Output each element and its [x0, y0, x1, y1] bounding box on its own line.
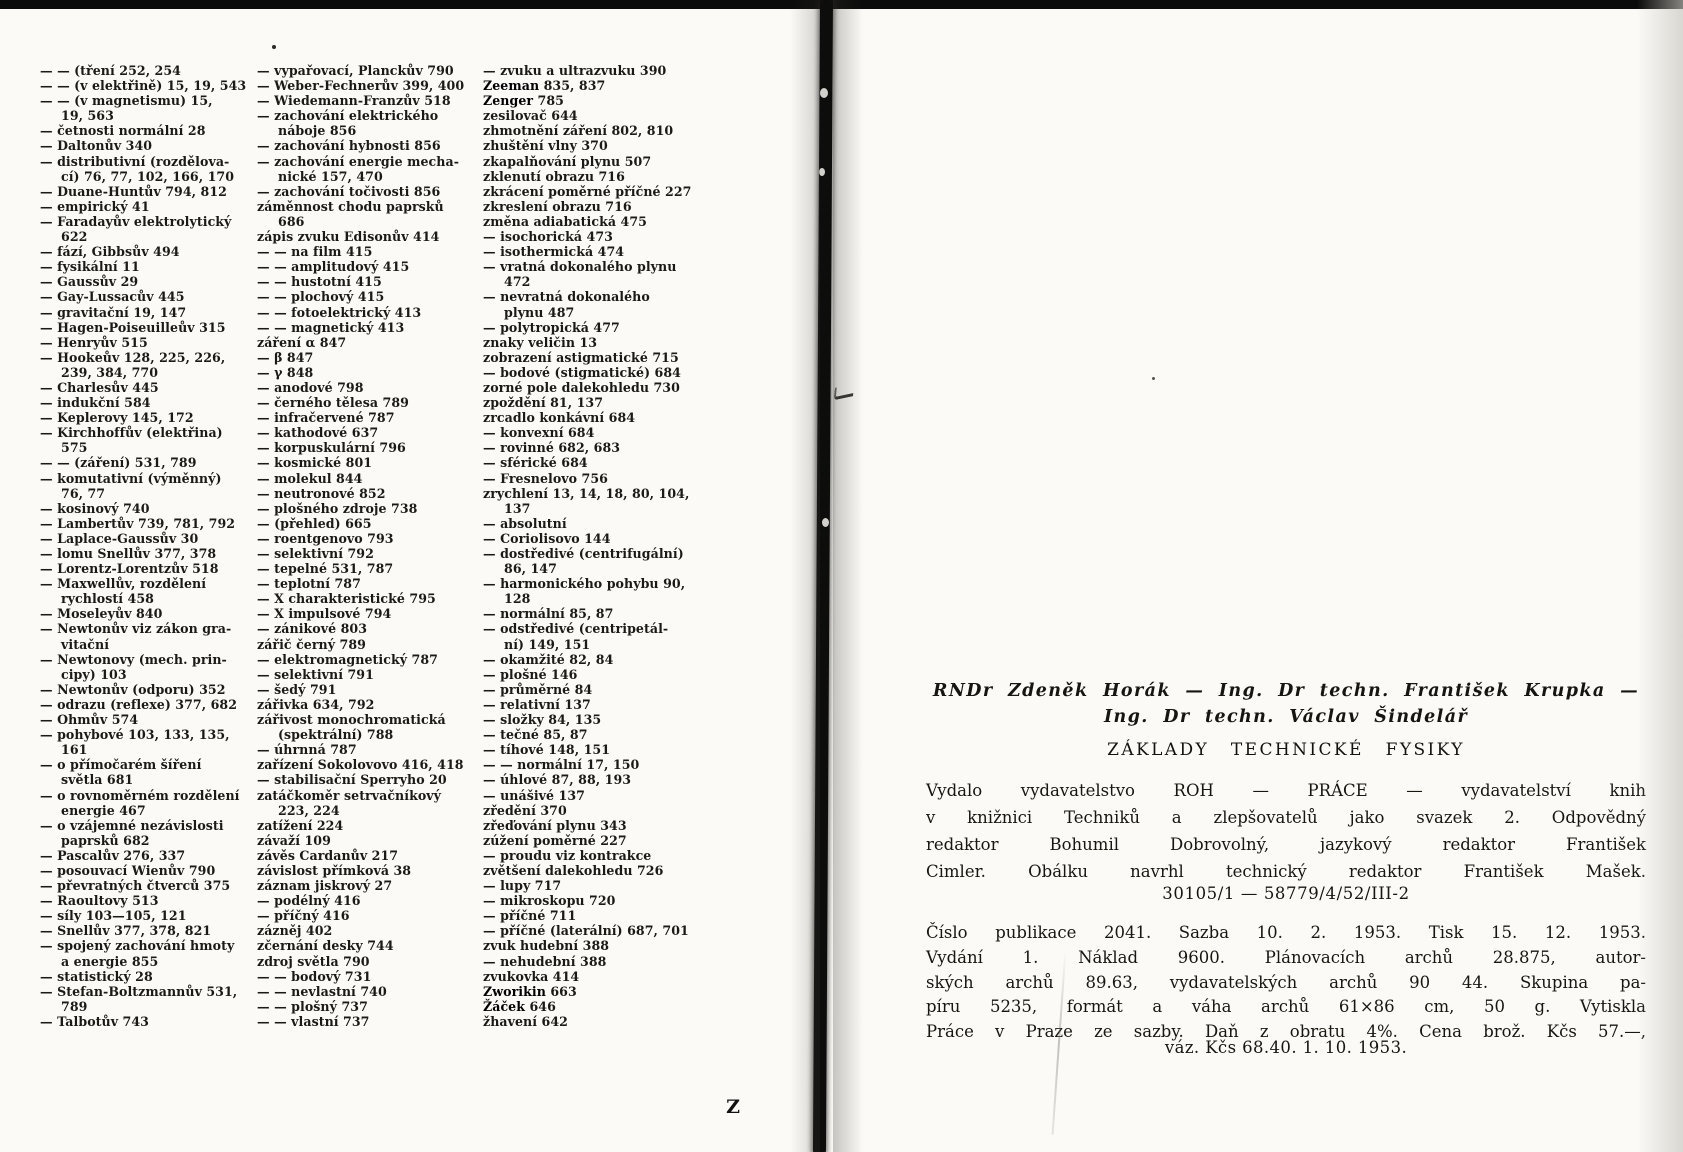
- text-line: — — plochový 415: [257, 289, 481, 304]
- text-line: a energie 855: [40, 954, 254, 969]
- text-line: zvuk hudební 388: [483, 938, 711, 953]
- text-line: — — vlastní 737: [257, 1014, 481, 1029]
- price-line: váz. Kčs 68.40. 1. 10. 1953.: [926, 1038, 1646, 1057]
- text-line: Vydání 1. Náklad 9600. Plánovacích archů…: [926, 946, 1646, 971]
- index-column-1: — — (tření 252, 254— — (v elektřině) 15,…: [40, 63, 254, 1029]
- text-line: — průměrné 84: [483, 682, 711, 697]
- text-line: paprsků 682: [40, 833, 254, 848]
- text-line: — šedý 791: [257, 682, 481, 697]
- text-line: — X charakteristické 795: [257, 591, 481, 606]
- text-line: zčernání desky 744: [257, 938, 481, 953]
- text-line: — indukční 584: [40, 395, 254, 410]
- text-line: Žáček 646: [483, 999, 711, 1014]
- text-line: cipy) 103: [40, 667, 254, 682]
- text-line: — X impulsové 794: [257, 606, 481, 621]
- text-line: — Gaussův 29: [40, 274, 254, 289]
- text-line: — odrazu (reflexe) 377, 682: [40, 697, 254, 712]
- text-line: v knižnici Techniků a zlepšovatelů jako …: [926, 804, 1646, 831]
- text-line: — Coriolisovo 144: [483, 531, 711, 546]
- text-line: zhmotnění záření 802, 810: [483, 123, 711, 138]
- text-line: — zánikové 803: [257, 621, 481, 636]
- text-line: — Lambertův 739, 781, 792: [40, 516, 254, 531]
- text-line: — stabilisační Sperryho 20: [257, 772, 481, 787]
- text-line: světla 681: [40, 772, 254, 787]
- text-line: — Pascalův 276, 337: [40, 848, 254, 863]
- text-line: — Keplerovy 145, 172: [40, 410, 254, 425]
- text-line: — empirický 41: [40, 199, 254, 214]
- text-line: — — magnetický 413: [257, 320, 481, 335]
- text-line: — — nevlastní 740: [257, 984, 481, 999]
- text-line: — anodové 798: [257, 380, 481, 395]
- bold-entry-term: Zeeman: [483, 78, 539, 93]
- text-line: — Lorentz-Lorentzův 518: [40, 561, 254, 576]
- text-line: — — fotoelektrický 413: [257, 305, 481, 320]
- text-line: — unášivé 137: [483, 788, 711, 803]
- text-line: — normální 85, 87: [483, 606, 711, 621]
- text-line: znaky veličin 13: [483, 335, 711, 350]
- text-line: — korpuskulární 796: [257, 440, 481, 455]
- text-line: zářič černý 789: [257, 637, 481, 652]
- text-line: — — amplitudový 415: [257, 259, 481, 274]
- text-line: Zeeman 835, 837: [483, 78, 711, 93]
- text-line: 223, 224: [257, 803, 481, 818]
- text-line: — síly 103—105, 121: [40, 908, 254, 923]
- text-line: — isothermická 474: [483, 244, 711, 259]
- text-line: — konvexní 684: [483, 425, 711, 440]
- text-line: 686: [257, 214, 481, 229]
- text-line: zatáčkoměr setrvačníkový: [257, 788, 481, 803]
- text-line: nické 157, 470: [257, 169, 481, 184]
- colophon-paragraph: Číslo publikace 2041. Sazba 10. 2. 1953.…: [926, 921, 1646, 1045]
- text-line: — isochorická 473: [483, 229, 711, 244]
- text-line: — četnosti normální 28: [40, 123, 254, 138]
- text-line: zpoždění 81, 137: [483, 395, 711, 410]
- text-line: — sférické 684: [483, 455, 711, 470]
- text-line: — Wiedemann-Franzův 518: [257, 93, 481, 108]
- gutter-soft-shadow-left: [790, 0, 820, 1152]
- text-line: zápis zvuku Edisonův 414: [257, 229, 481, 244]
- text-line: — harmonického pohybu 90,: [483, 576, 711, 591]
- text-line: — příčné 711: [483, 908, 711, 923]
- text-line: redaktor Bohumil Dobrovolný, jazykový re…: [926, 831, 1646, 858]
- text-line: — distributivní (rozdělova-: [40, 154, 254, 169]
- index-column-2: — vypařovací, Planckův 790— Weber-Fechne…: [257, 63, 481, 1029]
- text-line: — zachování elektrického: [257, 108, 481, 123]
- text-line: zúžení poměrné 227: [483, 833, 711, 848]
- text-line: — statistický 28: [40, 969, 254, 984]
- text-line: náboje 856: [257, 123, 481, 138]
- text-line: — okamžité 82, 84: [483, 652, 711, 667]
- author-line-1: RNDr Zdeněk Horák — Ing. Dr techn. Frant…: [926, 681, 1646, 701]
- text-line: (spektrální) 788: [257, 727, 481, 742]
- text-line: — Stefan-Boltzmannův 531,: [40, 984, 254, 999]
- text-line: — — (v elektřině) 15, 19, 543: [40, 78, 254, 93]
- text-line: — polytropická 477: [483, 320, 711, 335]
- text-line: píru 5235, formát a váha archů 61×86 cm,…: [926, 995, 1646, 1020]
- text-line: zatížení 224: [257, 818, 481, 833]
- text-line: — selektivní 791: [257, 667, 481, 682]
- text-line: — plošného zdroje 738: [257, 501, 481, 516]
- catalog-number: 30105/1 — 58779/4/52/III-2: [926, 884, 1646, 903]
- text-line: — pohybové 103, 133, 135,: [40, 727, 254, 742]
- text-line: — nevratná dokonalého: [483, 289, 711, 304]
- text-line: — bodové (stigmatické) 684: [483, 365, 711, 380]
- text-line: Číslo publikace 2041. Sazba 10. 2. 1953.…: [926, 921, 1646, 946]
- text-line: — zvuku a ultrazvuku 390: [483, 63, 711, 78]
- text-line: 622: [40, 229, 254, 244]
- text-line: 472: [483, 274, 711, 289]
- gutter-highlight: [820, 88, 828, 98]
- text-line: Zworikin 663: [483, 984, 711, 999]
- text-line: — Newtonův (odporu) 352: [40, 682, 254, 697]
- text-line: zobrazení astigmatické 715: [483, 350, 711, 365]
- book-scan: { "colors": {"paper": "#fbfaf6", "ink": …: [0, 0, 1683, 1152]
- text-line: — podélný 416: [257, 893, 481, 908]
- text-line: — — na film 415: [257, 244, 481, 259]
- text-line: — Faradayův elektrolytický: [40, 214, 254, 229]
- text-line: — kathodové 637: [257, 425, 481, 440]
- text-line: Vydalo vydavatelstvo ROH — PRÁCE — vydav…: [926, 777, 1646, 804]
- text-line: zvětšení dalekohledu 726: [483, 863, 711, 878]
- text-line: — Gay-Lussacův 445: [40, 289, 254, 304]
- text-line: — Fresnelovo 756: [483, 471, 711, 486]
- text-line: — plošné 146: [483, 667, 711, 682]
- text-line: — Maxwellův, rozdělení: [40, 576, 254, 591]
- text-line: rychlostí 458: [40, 591, 254, 606]
- text-line: závaží 109: [257, 833, 481, 848]
- text-line: 575: [40, 440, 254, 455]
- index-column-3: — zvuku a ultrazvuku 390Zeeman 835, 837Z…: [483, 63, 711, 1029]
- section-letter-marker: Z: [718, 1096, 748, 1118]
- text-line: vitační: [40, 637, 254, 652]
- text-line: 239, 384, 770: [40, 365, 254, 380]
- text-line: — neutronové 852: [257, 486, 481, 501]
- text-line: — — bodový 731: [257, 969, 481, 984]
- text-line: — spojený zachování hmoty: [40, 938, 254, 953]
- text-line: — Newtonův viz zákon gra-: [40, 621, 254, 636]
- text-line: — β 847: [257, 350, 481, 365]
- text-line: — tíhové 148, 151: [483, 742, 711, 757]
- text-line: — teplotní 787: [257, 576, 481, 591]
- text-line: — — (v magnetismu) 15,: [40, 93, 254, 108]
- text-line: — příčné (laterální) 687, 701: [483, 923, 711, 938]
- text-line: — tečné 85, 87: [483, 727, 711, 742]
- text-line: ní) 149, 151: [483, 637, 711, 652]
- text-line: 161: [40, 742, 254, 757]
- gutter-highlight: [822, 518, 829, 527]
- text-line: zkreslení obrazu 716: [483, 199, 711, 214]
- text-line: — (přehled) 665: [257, 516, 481, 531]
- text-line: zřeďování plynu 343: [483, 818, 711, 833]
- text-line: zařízení Sokolovovo 416, 418: [257, 757, 481, 772]
- scanned-spread: — — (tření 252, 254— — (v elektřině) 15,…: [0, 0, 1683, 1152]
- text-line: — vratná dokonalého plynu: [483, 259, 711, 274]
- text-line: zrcadlo konkávní 684: [483, 410, 711, 425]
- imprint-paragraph: Vydalo vydavatelstvo ROH — PRÁCE — vydav…: [926, 777, 1646, 885]
- text-line: 19, 563: [40, 108, 254, 123]
- text-line: Zenger 785: [483, 93, 711, 108]
- text-line: — Raoultovy 513: [40, 893, 254, 908]
- text-line: — mikroskopu 720: [483, 893, 711, 908]
- text-line: — molekul 844: [257, 471, 481, 486]
- text-line: — nehudební 388: [483, 954, 711, 969]
- text-line: — vypařovací, Planckův 790: [257, 63, 481, 78]
- text-line: — Ohmův 574: [40, 712, 254, 727]
- text-line: 76, 77: [40, 486, 254, 501]
- text-line: změna adiabatická 475: [483, 214, 711, 229]
- text-line: zesilovač 644: [483, 108, 711, 123]
- text-line: — příčný 416: [257, 908, 481, 923]
- text-line: — Moseleyův 840: [40, 606, 254, 621]
- text-line: zrychlení 13, 14, 18, 80, 104,: [483, 486, 711, 501]
- text-line: — kosmické 801: [257, 455, 481, 470]
- text-line: — relativní 137: [483, 697, 711, 712]
- text-line: zvukovka 414: [483, 969, 711, 984]
- text-line: závislost přímková 38: [257, 863, 481, 878]
- text-line: — černého tělesa 789: [257, 395, 481, 410]
- text-line: — lomu Snellův 377, 378: [40, 546, 254, 561]
- text-line: — o přímočarém šíření: [40, 757, 254, 772]
- text-line: zklenutí obrazu 716: [483, 169, 711, 184]
- text-line: — Duane-Huntův 794, 812: [40, 184, 254, 199]
- text-line: závěs Cardanův 217: [257, 848, 481, 863]
- text-line: — dostředivé (centrifugální): [483, 546, 711, 561]
- text-line: — Hagen-Poiseuilleův 315: [40, 320, 254, 335]
- right-page: RNDr Zdeněk Horák — Ing. Dr techn. Frant…: [838, 0, 1683, 1152]
- text-line: zorné pole dalekohledu 730: [483, 380, 711, 395]
- text-line: 137: [483, 501, 711, 516]
- bold-entry-term: Žáček: [483, 999, 525, 1014]
- text-line: — posouvací Wienův 790: [40, 863, 254, 878]
- author-line-2: Ing. Dr techn. Václav Šindelář: [926, 707, 1646, 727]
- text-line: — fází, Gibbsův 494: [40, 244, 254, 259]
- text-line: zkapalňování plynu 507: [483, 154, 711, 169]
- text-line: — Henryův 515: [40, 335, 254, 350]
- text-line: zdroj světla 790: [257, 954, 481, 969]
- text-line: zářivost monochromatická: [257, 712, 481, 727]
- text-line: — zachování energie mecha-: [257, 154, 481, 169]
- text-line: — rovinné 682, 683: [483, 440, 711, 455]
- text-line: záměnnost chodu paprsků: [257, 199, 481, 214]
- text-line: — absolutní: [483, 516, 711, 531]
- text-line: — roentgenovo 793: [257, 531, 481, 546]
- text-line: — zachování hybnosti 856: [257, 138, 481, 153]
- text-line: — Kirchhoffův (elektřina): [40, 425, 254, 440]
- text-line: — infračervené 787: [257, 410, 481, 425]
- text-line: — — (tření 252, 254: [40, 63, 254, 78]
- text-line: — Hookeův 128, 225, 226,: [40, 350, 254, 365]
- text-line: — selektivní 792: [257, 546, 481, 561]
- bold-entry-term: Zworikin: [483, 984, 546, 999]
- ink-speck: [1152, 377, 1155, 380]
- text-line: zředění 370: [483, 803, 711, 818]
- text-line: — zachování točivosti 856: [257, 184, 481, 199]
- text-line: — odstředivé (centripetál-: [483, 621, 711, 636]
- text-line: — převratných čtverců 375: [40, 878, 254, 893]
- text-line: 128: [483, 591, 711, 606]
- text-line: — gravitační 19, 147: [40, 305, 254, 320]
- text-line: — o vzájemné nezávislosti: [40, 818, 254, 833]
- text-line: — — hustotní 415: [257, 274, 481, 289]
- text-line: — γ 848: [257, 365, 481, 380]
- text-line: — Weber-Fechnerův 399, 400: [257, 78, 481, 93]
- text-line: — — normální 17, 150: [483, 757, 711, 772]
- text-line: zázněj 402: [257, 923, 481, 938]
- text-line: — — (záření) 531, 789: [40, 455, 254, 470]
- text-line: — kosinový 740: [40, 501, 254, 516]
- text-line: — úhlové 87, 88, 193: [483, 772, 711, 787]
- bold-entry-term: Zenger: [483, 93, 533, 108]
- book-title: ZÁKLADY TECHNICKÉ FYSIKY: [926, 740, 1646, 760]
- text-line: zářivka 634, 792: [257, 697, 481, 712]
- text-line: — Snellův 377, 378, 821: [40, 923, 254, 938]
- text-line: energie 467: [40, 803, 254, 818]
- text-line: — tepelné 531, 787: [257, 561, 481, 576]
- text-line: — Charlesův 445: [40, 380, 254, 395]
- text-line: — Laplace-Gaussův 30: [40, 531, 254, 546]
- text-line: — lupy 717: [483, 878, 711, 893]
- text-line: Cimler. Obálku navrhl technický redaktor…: [926, 858, 1646, 885]
- text-line: — složky 84, 135: [483, 712, 711, 727]
- text-line: — Daltonův 340: [40, 138, 254, 153]
- text-line: — o rovnoměrném rozdělení: [40, 788, 254, 803]
- ink-speck: [272, 45, 276, 49]
- text-line: záření α 847: [257, 335, 481, 350]
- text-line: — Newtonovy (mech. prin-: [40, 652, 254, 667]
- text-line: — Talbotův 743: [40, 1014, 254, 1029]
- text-line: 86, 147: [483, 561, 711, 576]
- text-line: žhavení 642: [483, 1014, 711, 1029]
- text-line: — — plošný 737: [257, 999, 481, 1014]
- text-line: plynu 487: [483, 305, 711, 320]
- scan-edge-right: [1637, 0, 1683, 1152]
- text-line: ských archů 89.63, vydavatelských archů …: [926, 971, 1646, 996]
- text-line: záznam jiskrový 27: [257, 878, 481, 893]
- text-line: zhuštění vlny 370: [483, 138, 711, 153]
- text-line: — proudu viz kontrakce: [483, 848, 711, 863]
- text-line: 789: [40, 999, 254, 1014]
- text-line: — elektromagnetický 787: [257, 652, 481, 667]
- text-line: — úhrnná 787: [257, 742, 481, 757]
- text-line: zkrácení poměrné příčné 227: [483, 184, 711, 199]
- text-line: — komutativní (výměnný): [40, 471, 254, 486]
- text-line: — fysikální 11: [40, 259, 254, 274]
- text-line: cí) 76, 77, 102, 166, 170: [40, 169, 254, 184]
